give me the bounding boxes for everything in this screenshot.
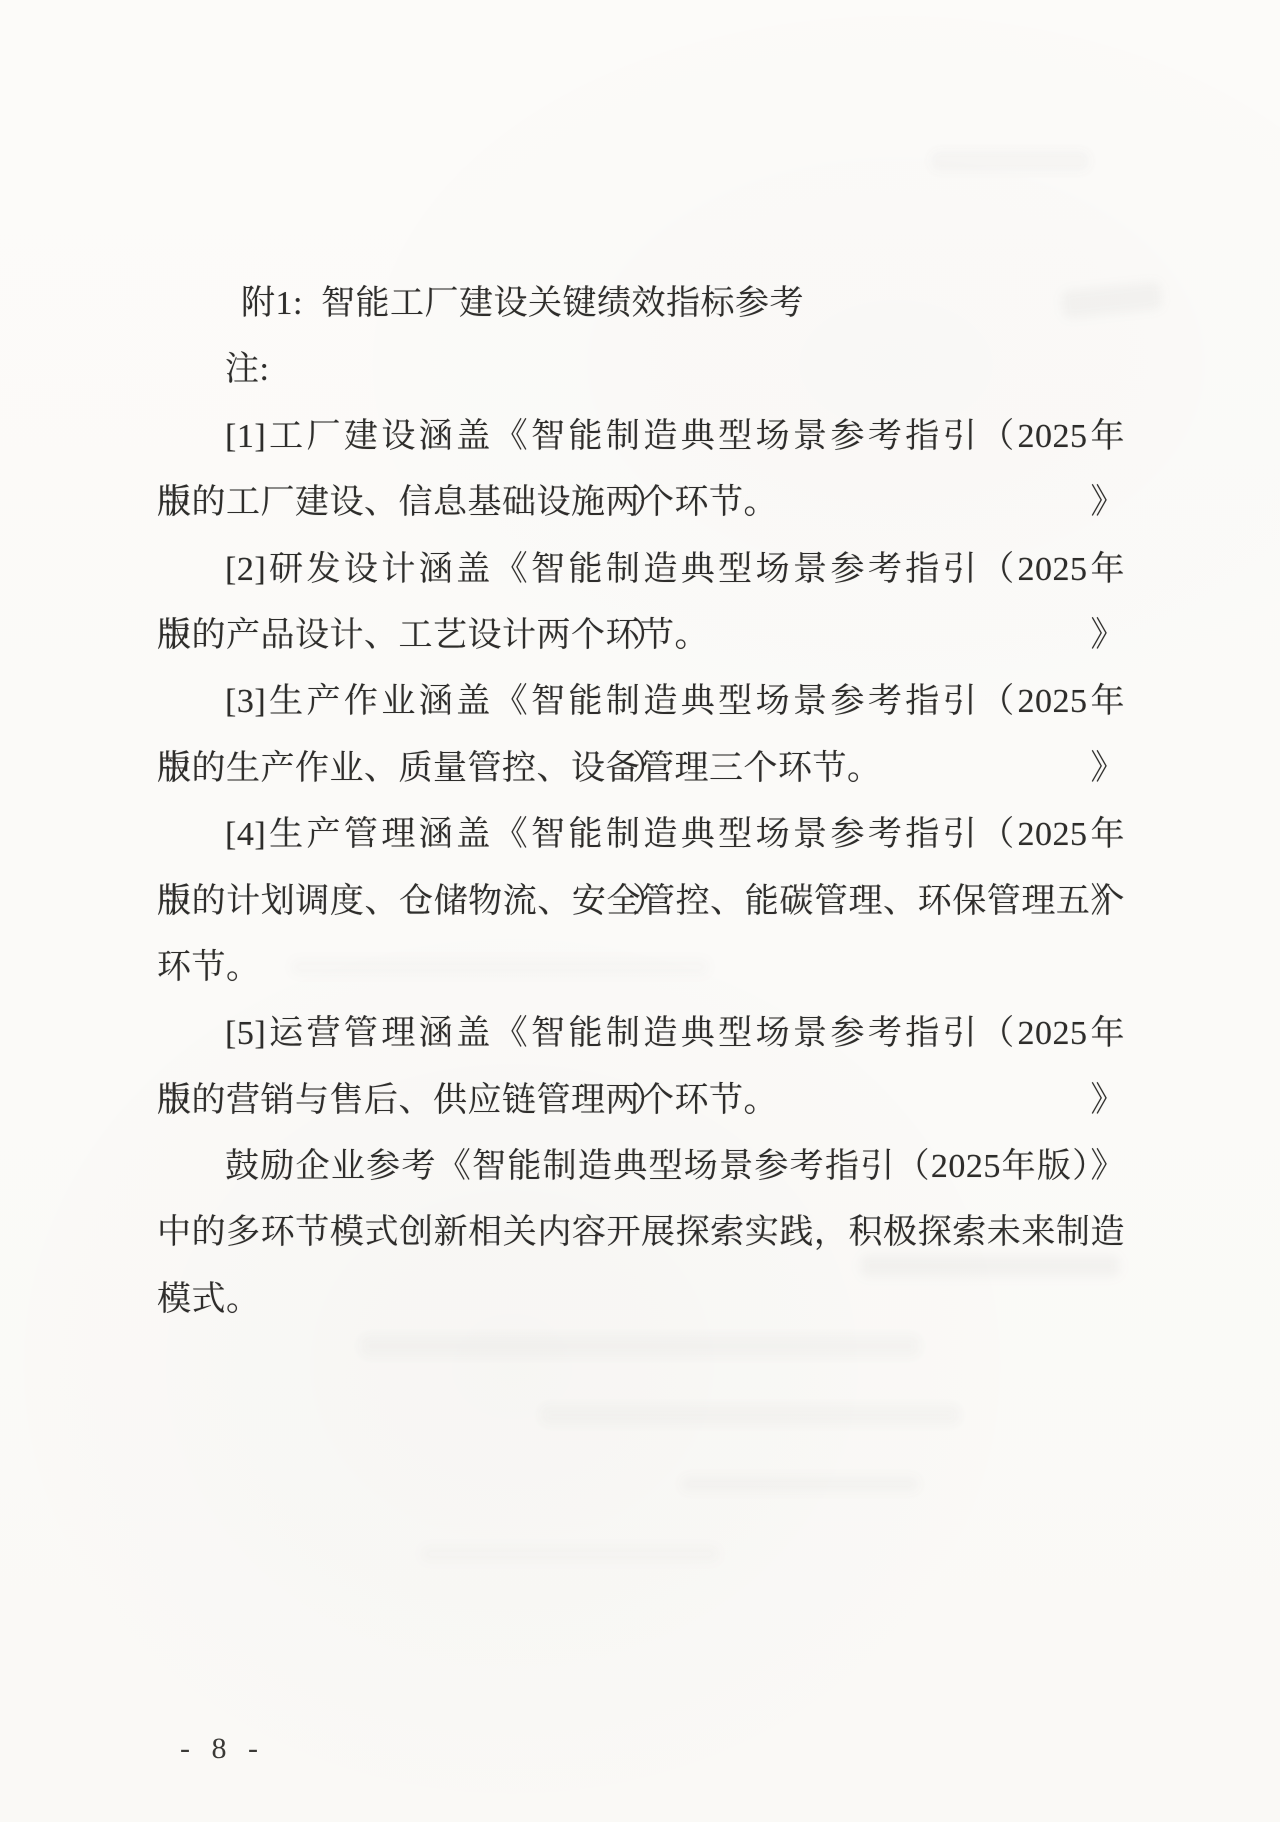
notes-label: 注: xyxy=(157,337,1125,403)
closing-paragraph-line-2: 中的多环节模式创新相关内容开展探索实践，积极探索未来制造 xyxy=(157,1200,1125,1266)
scan-bleed-artifact xyxy=(360,1335,920,1357)
scan-bleed-artifact xyxy=(680,1475,920,1493)
scan-bleed-artifact xyxy=(540,1405,960,1425)
note-4-line-3: 环节。 xyxy=(157,935,1125,1001)
scan-bleed-artifact xyxy=(930,150,1090,172)
note-4-line-1: [4]生产管理涵盖《智能制造典型场景参考指引（2025年版）》 xyxy=(157,802,1125,868)
attachment-heading: 附1: 智能工厂建设关键绩效指标参考 xyxy=(157,271,1125,337)
document-body: 附1: 智能工厂建设关键绩效指标参考 注: [1]工厂建设涵盖《智能制造典型场景… xyxy=(157,271,1125,1333)
note-2-line-1: [2]研发设计涵盖《智能制造典型场景参考指引（2025年版）》 xyxy=(157,537,1125,603)
closing-paragraph-line-1: 鼓励企业参考《智能制造典型场景参考指引（2025年版）》 xyxy=(157,1134,1125,1200)
closing-paragraph-line-3: 模式。 xyxy=(157,1267,1125,1333)
page-number: - 8 - xyxy=(180,1732,265,1766)
note-5-line-1: [5]运营管理涵盖《智能制造典型场景参考指引（2025年版）》 xyxy=(157,1001,1125,1067)
note-4-line-2: 中的计划调度、仓储物流、安全管控、能碳管理、环保管理五个 xyxy=(157,869,1125,935)
note-1-line-1: [1]工厂建设涵盖《智能制造典型场景参考指引（2025年版）》 xyxy=(157,404,1125,470)
scan-bleed-artifact xyxy=(420,1545,720,1563)
document-page: 附1: 智能工厂建设关键绩效指标参考 注: [1]工厂建设涵盖《智能制造典型场景… xyxy=(0,0,1280,1822)
note-3-line-1: [3]生产作业涵盖《智能制造典型场景参考指引（2025年版）》 xyxy=(157,669,1125,735)
